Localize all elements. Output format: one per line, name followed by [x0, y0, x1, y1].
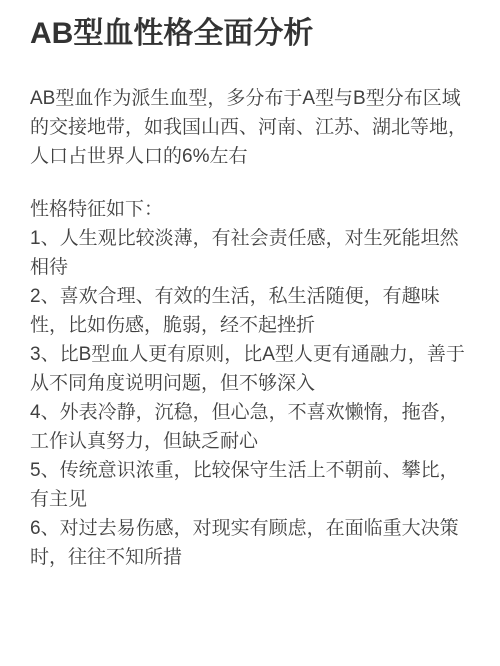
- intro-paragraph: AB型血作为派生血型，多分布于A型与B型分布区域的交接地带，如我国山西、河南、江…: [30, 84, 470, 171]
- trait-item-4: 4、外表冷静，沉稳，但心急，不喜欢懒惰，拖沓，工作认真努力，但缺乏耐心: [30, 398, 470, 456]
- trait-item-3: 3、比B型血人更有原则，比A型人更有通融力，善于从不同角度说明问题，但不够深入: [30, 340, 470, 398]
- trait-item-5: 5、传统意识浓重，比较保守生活上不朝前、攀比，有主见: [30, 456, 470, 514]
- trait-item-2: 2、喜欢合理、有效的生活，私生活随便，有趣味性，比如伤感，脆弱，经不起挫折: [30, 282, 470, 340]
- trait-item-1: 1、人生观比较淡薄，有社会责任感，对生死能坦然相待: [30, 224, 470, 282]
- traits-heading: 性格特征如下：: [30, 195, 470, 224]
- article-page: AB型血性格全面分析 AB型血作为派生血型，多分布于A型与B型分布区域的交接地带…: [0, 0, 500, 666]
- article-title: AB型血性格全面分析: [30, 16, 470, 52]
- trait-item-6: 6、对过去易伤感，对现实有顾虑，在面临重大决策时，往往不知所措: [30, 514, 470, 572]
